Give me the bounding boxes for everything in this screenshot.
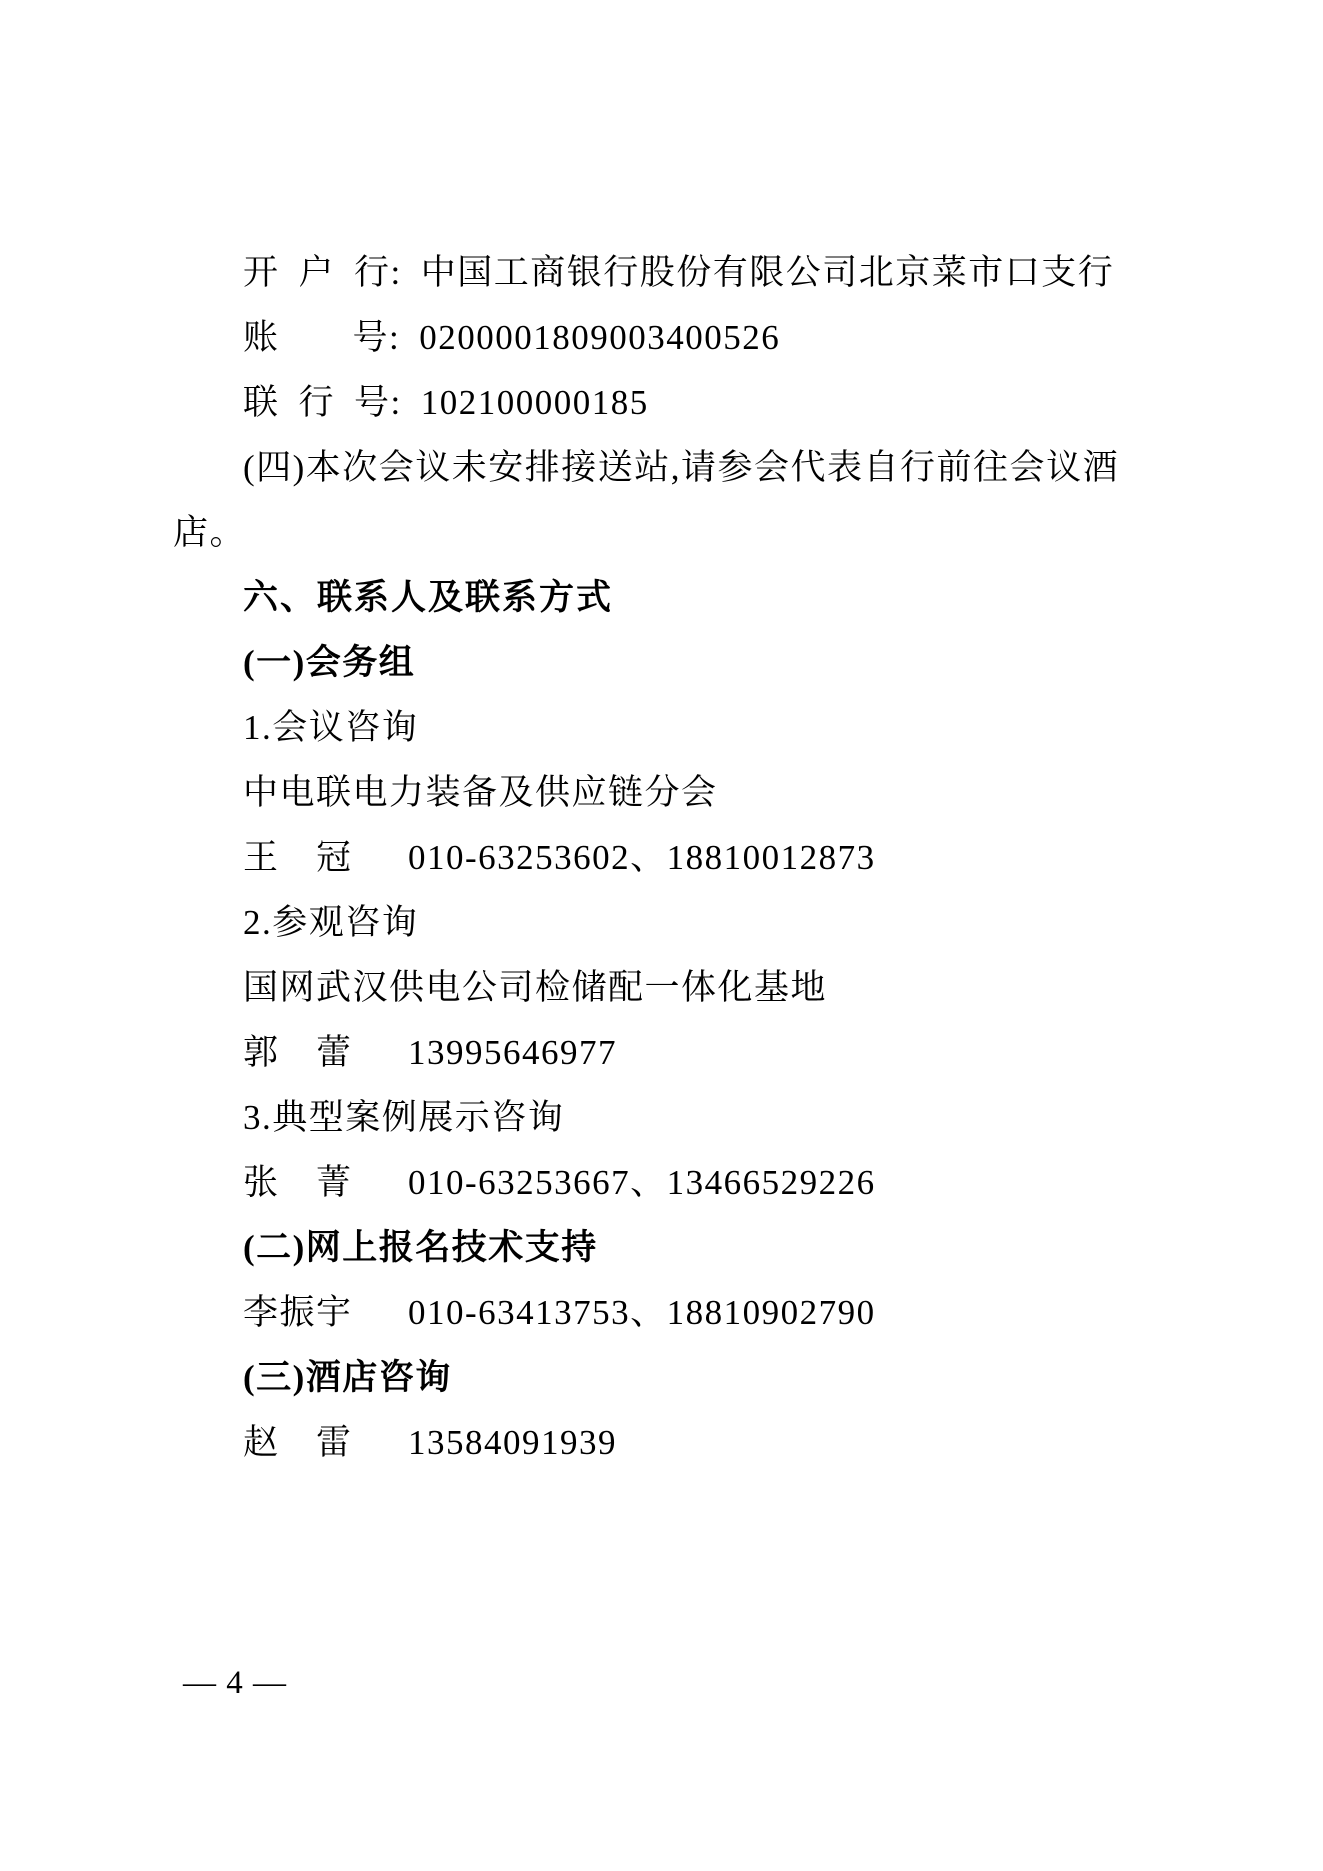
item-conference-inquiry-label: 1.会议咨询 bbox=[173, 695, 1193, 760]
subheading-online-registration-support: (二)网上报名技术支持 bbox=[173, 1215, 1193, 1280]
org-cec-power-equipment-branch: 中电联电力装备及供应链分会 bbox=[173, 760, 1193, 825]
section-heading-contacts: 六、联系人及联系方式 bbox=[173, 565, 1193, 630]
contact-zhao-lei: 赵 雷 13584091939 bbox=[173, 1410, 1193, 1475]
subheading-hotel-inquiry: (三)酒店咨询 bbox=[173, 1345, 1193, 1410]
contact-li-zhenyu: 李振宇 010-63413753、18810902790 bbox=[173, 1280, 1193, 1345]
contact-guo-lei: 郭 蕾 13995646977 bbox=[173, 1020, 1193, 1085]
subheading-organizing-group: (一)会务组 bbox=[173, 630, 1193, 695]
contact-wang-guan: 王 冠 010-63253602、18810012873 bbox=[173, 825, 1193, 890]
document-page: 开 户 行: 中国工商银行股份有限公司北京菜市口支行 账 号: 02000018… bbox=[0, 0, 1323, 1871]
page-number: — 4 — bbox=[183, 1663, 287, 1703]
shuttle-note-line-2: 店。 bbox=[173, 500, 1193, 565]
document-body: 开 户 行: 中国工商银行股份有限公司北京菜市口支行 账 号: 02000018… bbox=[173, 240, 1193, 1475]
item-case-display-inquiry-label: 3.典型案例展示咨询 bbox=[173, 1085, 1193, 1150]
shuttle-note-line-1: (四)本次会议未安排接送站,请参会代表自行前往会议酒 bbox=[173, 435, 1193, 500]
item-visit-inquiry-label: 2.参观咨询 bbox=[173, 890, 1193, 955]
org-wuhan-power-supply-base: 国网武汉供电公司检储配一体化基地 bbox=[173, 955, 1193, 1020]
bank-branch-line: 开 户 行: 中国工商银行股份有限公司北京菜市口支行 bbox=[173, 240, 1193, 305]
bank-clearing-code-line: 联 行 号: 102100000185 bbox=[173, 370, 1193, 435]
contact-zhang-jing: 张 菁 010-63253667、13466529226 bbox=[173, 1150, 1193, 1215]
account-number-line: 账 号: 0200001809003400526 bbox=[173, 305, 1193, 370]
